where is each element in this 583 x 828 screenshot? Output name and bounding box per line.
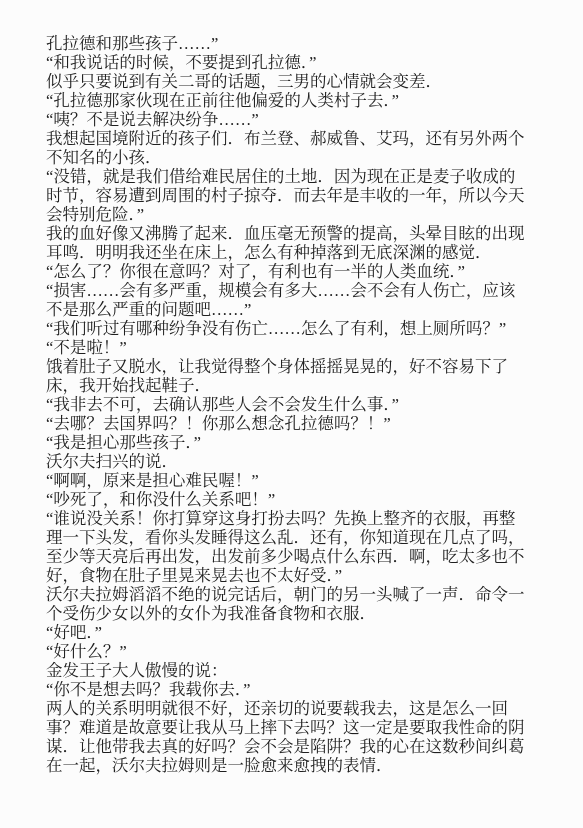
text-line: “怎么了？你很在意吗？对了，有利也有一半的人类血统．”	[46, 262, 546, 281]
text-line: “损害……会有多严重，规模会有多大……会不会有人伤亡，应该	[46, 281, 546, 300]
text-line: 我想起国境附近的孩子们．布兰登、郝威鲁、艾玛，还有另外两个	[46, 129, 546, 148]
novel-text-page: 孔拉德和那些孩子……”“和我说话的时候，不要提到孔拉德．”似乎只要说到有关二哥的…	[0, 0, 583, 828]
text-line: 两人的关系明明就很不好，还亲切的说要载我去，这是怎么一回	[46, 699, 546, 718]
text-line: 时节，容易遭到周围的村子掠夺．而去年是丰收的一年，所以今天	[46, 186, 546, 205]
text-line: 床，我开始找起鞋子．	[46, 376, 546, 395]
text-line: “和我说话的时候，不要提到孔拉德．”	[46, 53, 546, 72]
text-line: “咦？不是说去解决纷争……”	[46, 110, 546, 129]
text-line: 沃尔夫扫兴的说．	[46, 452, 546, 471]
text-line: “啊啊，原来是担心难民喔！”	[46, 471, 546, 490]
text-line: 金发王子大人傲慢的说：	[46, 661, 546, 680]
text-line: 不知名的小孩．	[46, 148, 546, 167]
text-block: 孔拉德和那些孩子……”“和我说话的时候，不要提到孔拉德．”似乎只要说到有关二哥的…	[46, 34, 546, 775]
text-line: 饿着肚子又脱水，让我觉得整个身体摇摇晃晃的，好不容易下了	[46, 357, 546, 376]
text-line: 事？难道是故意要让我从马上摔下去吗？这一定是要取我性命的阴	[46, 718, 546, 737]
text-line: “吵死了，和你没什么关系吧！”	[46, 490, 546, 509]
text-line: “没错，就是我们借给难民居住的土地．因为现在正是麦子收成的	[46, 167, 546, 186]
text-line: 耳鸣．明明我还坐在床上，怎么有种掉落到无底深渊的感觉．	[46, 243, 546, 262]
text-line: “我是担心那些孩子．”	[46, 433, 546, 452]
text-line: “我非去不可，去确认那些人会不会发生什么事．”	[46, 395, 546, 414]
text-line: 不是那么严重的问题吧……”	[46, 300, 546, 319]
text-line: 孔拉德和那些孩子……”	[46, 34, 546, 53]
text-line: 理一下头发，看你头发睡得这么乱．还有，你知道现在几点了吗，	[46, 528, 546, 547]
text-line: 会特别危险．”	[46, 205, 546, 224]
text-line: “我们听过有哪种纷争没有伤亡……怎么了有利，想上厕所吗？”	[46, 319, 546, 338]
text-line: 我的血好像又沸腾了起来．血压毫无预警的提高，头晕目眩的出现	[46, 224, 546, 243]
text-line: 个受伤少女以外的女仆为我准备食物和衣服．	[46, 604, 546, 623]
text-line: “你不是想去吗？我载你去．”	[46, 680, 546, 699]
text-line: 似乎只要说到有关二哥的话题，三男的心情就会变差．	[46, 72, 546, 91]
text-line: “去哪？去国界吗？！你那么想念孔拉德吗？！”	[46, 414, 546, 433]
text-line: 谋．让他带我去真的好吗？会不会是陷阱？我的心在这数秒间纠葛	[46, 737, 546, 756]
text-line: 好，食物在肚子里晃来晃去也不太好受．”	[46, 566, 546, 585]
text-line: “不是啦！”	[46, 338, 546, 357]
text-line: “孔拉德那家伙现在正前往他偏爱的人类村子去．”	[46, 91, 546, 110]
text-line: “好吧．”	[46, 623, 546, 642]
text-line: 沃尔夫拉姆滔滔不绝的说完话后，朝门的另一头喊了一声．命令一	[46, 585, 546, 604]
text-line: 至少等天亮后再出发，出发前多少喝点什么东西．啊，吃太多也不	[46, 547, 546, 566]
text-line: “好什么？”	[46, 642, 546, 661]
text-line: 在一起，沃尔夫拉姆则是一脸愈来愈拽的表情．	[46, 756, 546, 775]
text-line: “谁说没关系！你打算穿这身打扮去吗？先换上整齐的衣服，再整	[46, 509, 546, 528]
